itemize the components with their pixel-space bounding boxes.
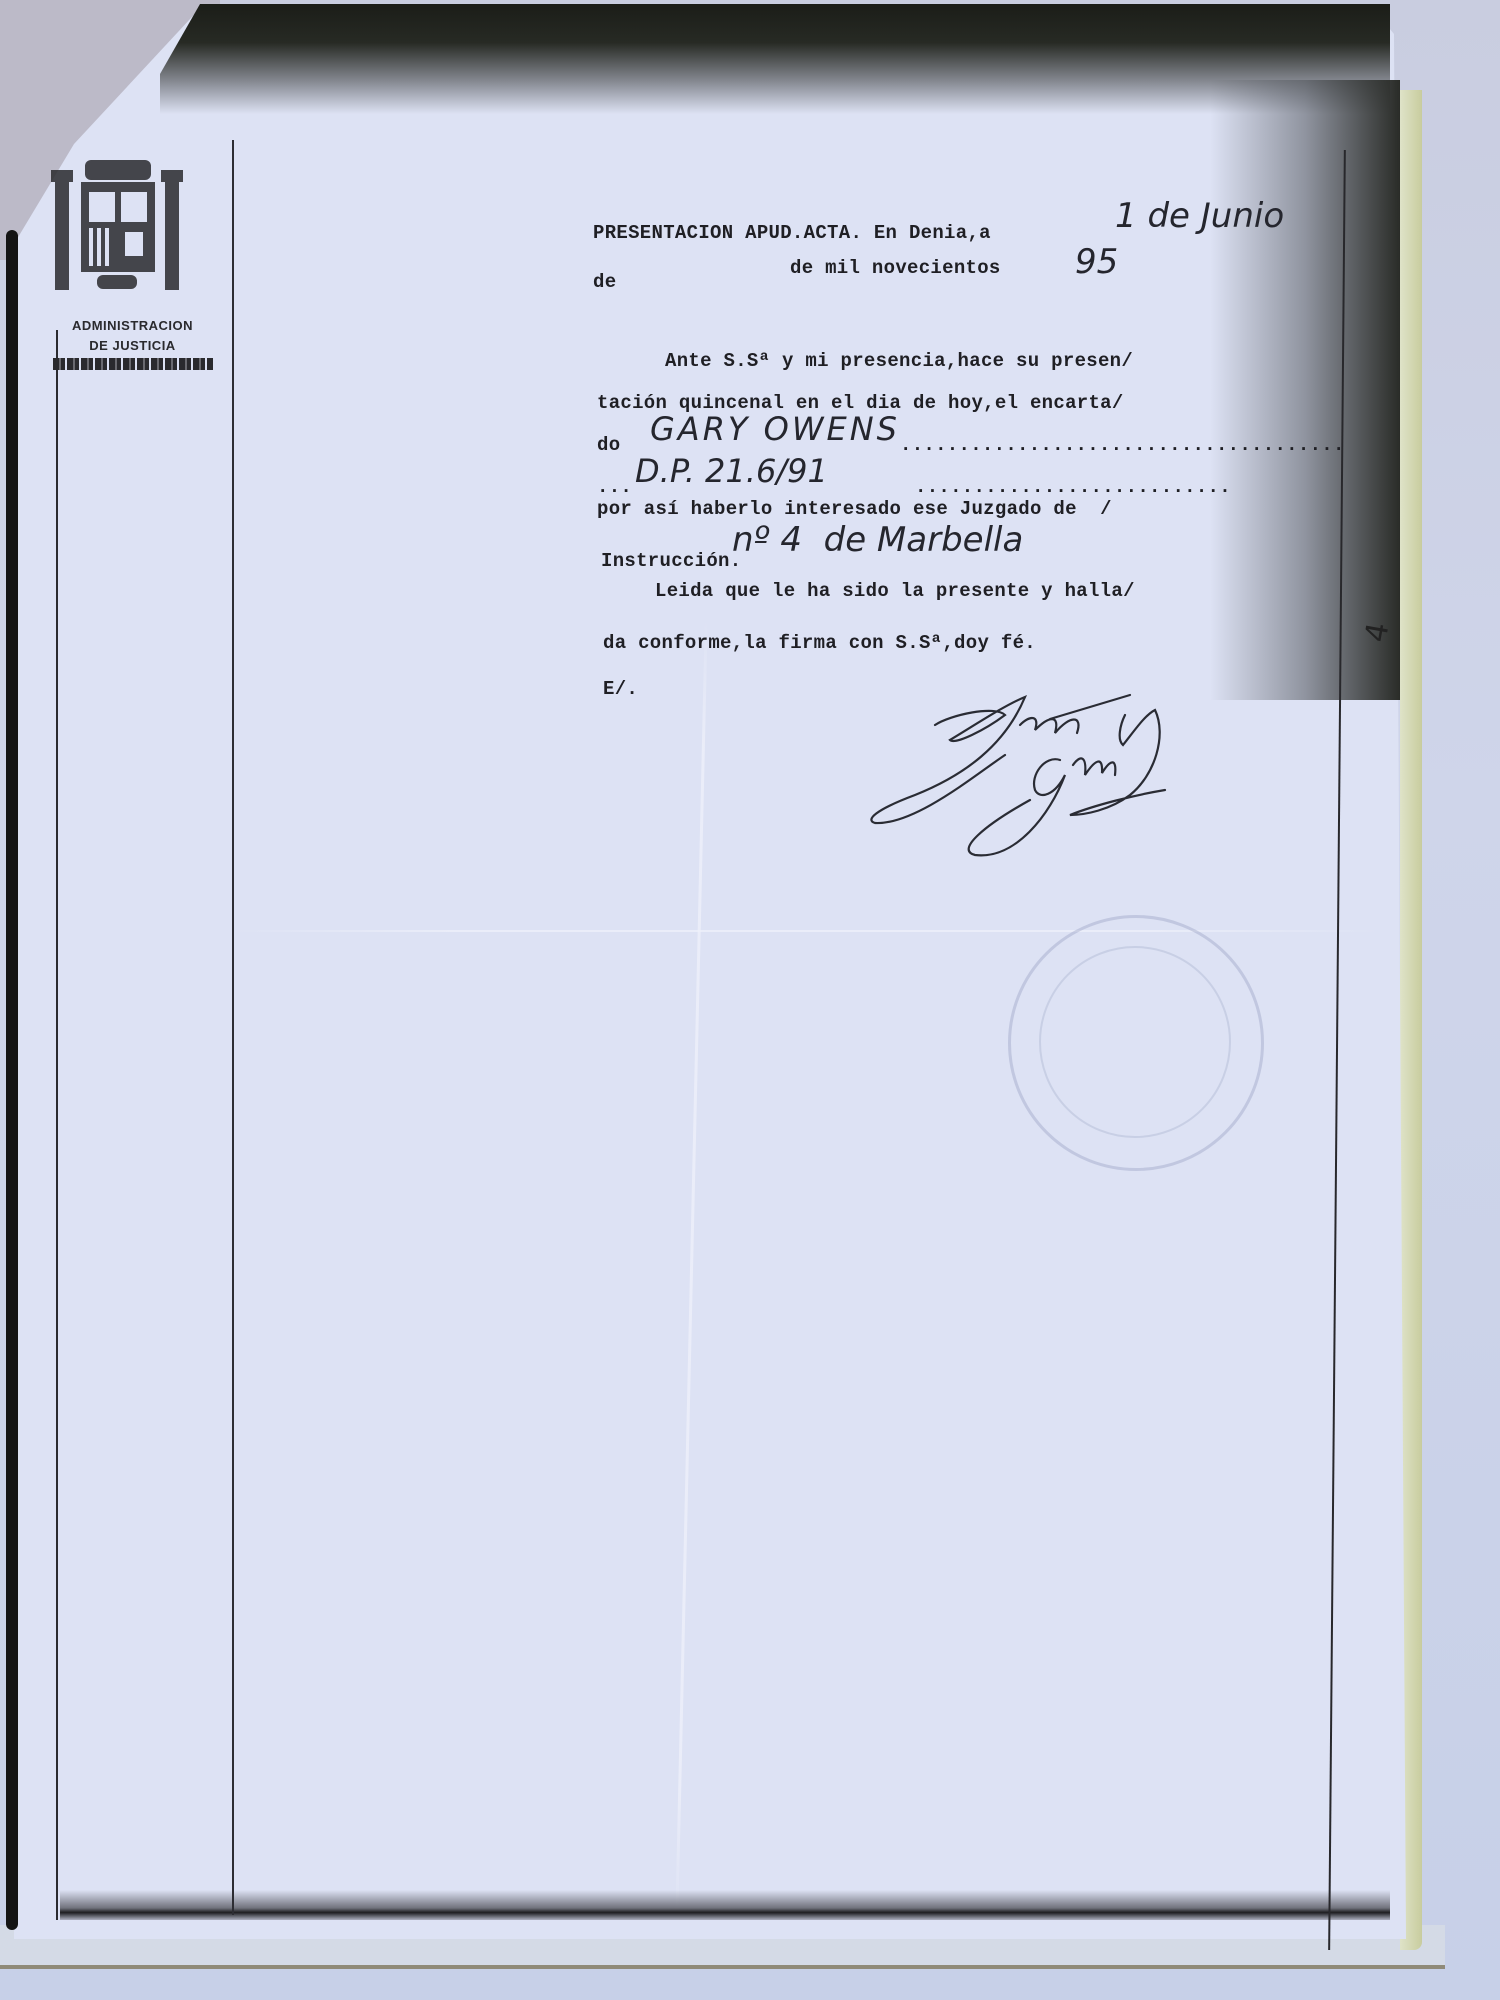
body-line-8: da conforme,la firma con S.Sª,doy fé. xyxy=(603,632,1036,654)
body-line-4-dots: ........................... xyxy=(915,476,1231,498)
body-line-1: Ante S.Sª y mi presencia,hace su presen/ xyxy=(665,350,1133,372)
handwritten-case-number: D.P. 21.6/91 xyxy=(635,452,828,490)
body-line-9: E/. xyxy=(603,678,638,700)
margin-rule-inner xyxy=(232,140,234,1915)
horizontal-fold-crease xyxy=(230,930,1380,932)
letterhead-illegible-line xyxy=(53,358,213,370)
photocopy-left-dark-edge xyxy=(6,230,18,1930)
handwritten-date: 1 de Junio xyxy=(1115,196,1284,236)
letterhead: ADMINISTRACION DE JUSTICIA xyxy=(45,140,220,380)
handwritten-defendant-name: GARY OWENS xyxy=(650,410,900,448)
header-title: PRESENTACION APUD.ACTA. En Denia,a xyxy=(593,222,991,244)
body-line-6-typed: Instrucción. xyxy=(601,550,741,572)
letterhead-line2: DE JUSTICIA xyxy=(45,338,220,353)
body-line-5: por así haberlo interesado ese Juzgado d… xyxy=(597,498,1112,520)
body-line-4-prefix: ... xyxy=(597,476,632,498)
body-line-3-dots: ...................................... xyxy=(900,434,1345,456)
header-year-label: de mil novecientos xyxy=(790,257,1001,279)
handwritten-court: nº 4 de Marbella xyxy=(732,520,1023,560)
letterhead-line1: ADMINISTRACION xyxy=(45,318,220,333)
header-de-label: de xyxy=(593,271,616,293)
photocopy-toner-bottom-edge xyxy=(60,1890,1390,1920)
signature xyxy=(855,685,1215,865)
body-line-7: Leida que le ha sido la presente y halla… xyxy=(655,580,1135,602)
court-stamp-inner-ring xyxy=(1039,946,1231,1138)
handwritten-year: 95 xyxy=(1075,242,1118,282)
court-stamp xyxy=(1008,915,1264,1171)
margin-rule-outer xyxy=(56,330,58,1920)
photocopy-toner-top-edge xyxy=(160,4,1390,114)
body-line-3-prefix: do xyxy=(597,434,632,456)
spanish-coat-of-arms-icon xyxy=(45,140,220,315)
photocopy-toner-right-edge xyxy=(1210,80,1400,700)
